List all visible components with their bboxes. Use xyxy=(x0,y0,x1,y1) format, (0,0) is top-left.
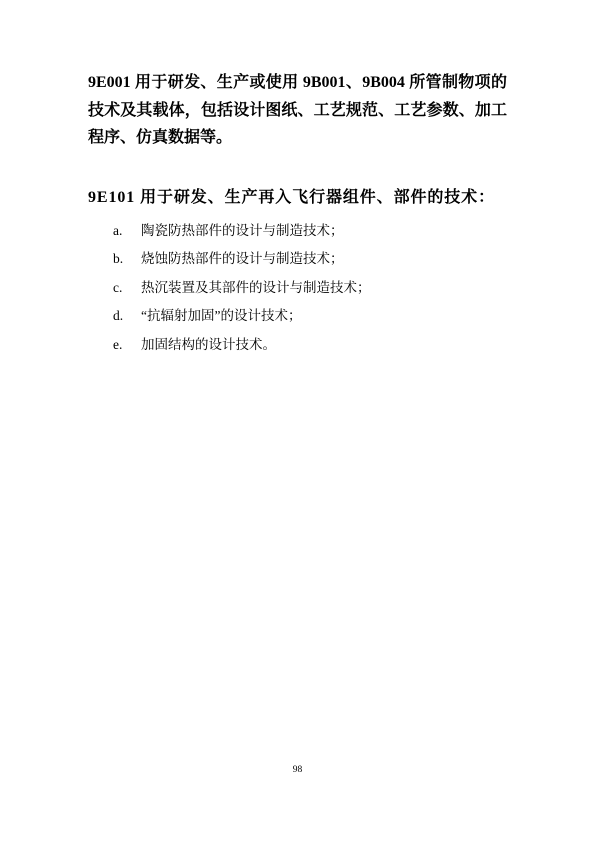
list-item-c: c.热沉装置及其部件的设计与制造技术； xyxy=(88,274,518,302)
document-page: 9E001 用于研发、生产或使用 9B001、9B004 所管制物项的 技术及其… xyxy=(0,0,595,841)
entry-9e001-line-1: 9E001 用于研发、生产或使用 9B001、9B004 所管制物项的 xyxy=(88,69,507,97)
list-item-b: b.烧蚀防热部件的设计与制造技术； xyxy=(88,245,518,273)
entry-9e001-paragraph: 9E001 用于研发、生产或使用 9B001、9B004 所管制物项的 技术及其… xyxy=(88,69,507,152)
list-item-a-marker: a. xyxy=(113,217,141,245)
list-item-e: e.加固结构的设计技术。 xyxy=(88,331,518,359)
entry-9e101-list: a.陶瓷防热部件的设计与制造技术； b.烧蚀防热部件的设计与制造技术； c.热沉… xyxy=(88,217,518,359)
list-item-a-text: 陶瓷防热部件的设计与制造技术； xyxy=(141,223,344,238)
list-item-c-marker: c. xyxy=(113,274,141,302)
list-item-b-text: 烧蚀防热部件的设计与制造技术； xyxy=(141,251,344,266)
list-item-c-text: 热沉装置及其部件的设计与制造技术； xyxy=(141,280,371,295)
list-item-d: d.“抗辐射加固”的设计技术； xyxy=(88,302,518,330)
list-item-e-text: 加固结构的设计技术。 xyxy=(141,337,276,352)
list-item-e-marker: e. xyxy=(113,331,141,359)
list-item-b-marker: b. xyxy=(113,245,141,273)
list-item-d-text: “抗辐射加固”的设计技术； xyxy=(141,308,301,323)
entry-9e001-line-3: 程序、仿真数据等。 xyxy=(88,124,507,152)
list-item-d-marker: d. xyxy=(113,302,141,330)
entry-9e101-section: 9E101 用于研发、生产再入飞行器组件、部件的技术： a.陶瓷防热部件的设计与… xyxy=(88,184,518,359)
entry-9e101-heading: 9E101 用于研发、生产再入飞行器组件、部件的技术： xyxy=(88,184,518,212)
list-item-a: a.陶瓷防热部件的设计与制造技术； xyxy=(88,217,518,245)
page-number: 98 xyxy=(0,764,595,776)
entry-9e001-line-2: 技术及其载体，包括设计图纸、工艺规范、工艺参数、加工 xyxy=(88,97,507,125)
